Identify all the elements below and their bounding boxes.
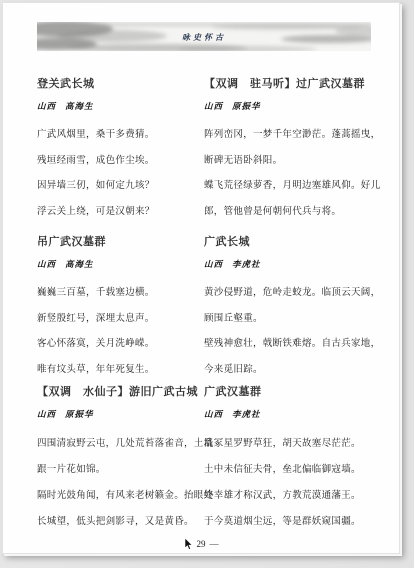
poem-block: 【双调 水仙子】游旧广武古城 山西原振华 四围清寂野云屯，几处荒苔落雀音，土墙 …: [37, 383, 204, 535]
poem-line: 巍巍三百墓，千载塞边横。: [37, 281, 204, 307]
poem-line: 今来觅旧踪。: [204, 358, 383, 384]
poem-title: 吊广武汉墓群: [37, 233, 204, 249]
poem-body: 广武风烟里，桑干多费猜。 残垣经雨雪，成色作尘埃。 因异墙三仞，如何定九垓？ 浮…: [37, 123, 204, 225]
poem-line: 终幸雄才称汉武，方教荒漠通藩王。: [204, 483, 383, 509]
author-name: 李虎社: [232, 409, 261, 419]
poem-line: 蝶飞荒径绿萝香，月明边塞雄风仰。好儿: [204, 174, 383, 200]
poem-line: 四围清寂野云屯，几处荒苔落雀音，土墙: [37, 431, 204, 457]
mouse-cursor-icon: [184, 538, 193, 550]
footer-dash: —: [210, 539, 219, 549]
author-name: 原振华: [232, 101, 261, 111]
poem-line: 长城望，低头把剑影寻，又是黄昏。: [37, 509, 204, 535]
author-name: 高海生: [65, 259, 94, 269]
poem-row-1: 登关武长城 山西高海生 广武风烟里，桑干多费猜。 残垣经雨雪，成色作尘埃。 因异…: [37, 75, 383, 225]
author-name: 高海生: [65, 101, 94, 111]
poem-line: 广武风烟里，桑干多费猜。: [37, 123, 204, 149]
poem-line: 于今莫道烟尘远，等是群妖窥国疆。: [204, 509, 383, 535]
poem-author: 山西原振华: [37, 408, 204, 420]
poem-author: 山西李虎社: [204, 258, 383, 270]
author-region: 山西: [204, 101, 223, 111]
poem-line: 客心怀落寞，关月洗峥嵘。: [37, 332, 204, 358]
section-title: 咏史怀古: [37, 32, 371, 43]
poem-title: 【双调 水仙子】游旧广武古城: [37, 383, 204, 399]
author-region: 山西: [37, 409, 56, 419]
poem-body: 乱冢星罗野草狂，胡天故塞尽茫茫。 土中未信征夫骨，垒北偏临御寇墙。 终幸雄才称汉…: [204, 431, 383, 535]
poem-line: 浮云关上绕，可是汉朝来？: [37, 200, 204, 226]
poem-line: 郎，管他曾是何朝何代兵与将。: [204, 200, 383, 226]
poem-block: 登关武长城 山西高海生 广武风烟里，桑干多费猜。 残垣经雨雪，成色作尘埃。 因异…: [37, 75, 204, 225]
poem-author: 山西原振华: [204, 100, 383, 112]
poem-line: 唯有坟头草，年年死复生。: [37, 358, 204, 384]
poem-title: 登关武长城: [37, 75, 204, 91]
poem-author: 山西高海生: [37, 100, 204, 112]
poem-author: 山西李虎社: [204, 408, 383, 420]
author-name: 李虎社: [232, 259, 261, 269]
page-number: 29: [197, 539, 206, 549]
poem-body: 四围清寂野云屯，几处荒苔落雀音，土墙 跟一片花如锦。 隔时光鼓角闻，有风来老树籁…: [37, 431, 204, 535]
page-footer: 29 —: [3, 538, 399, 550]
poem-block: 【双调 驻马听】过广武汉墓群 山西原振华 阵列峦冈，一梦千年空渺茫。蓬蒿摇曳， …: [204, 75, 383, 225]
poem-line: 新竖殷红号，深埋太息声。: [37, 307, 204, 333]
poem-row-2: 吊广武汉墓群 山西高海生 巍巍三百墓，千载塞边横。 新竖殷红号，深埋太息声。 客…: [37, 233, 383, 383]
poem-line: 土中未信征夫骨，垒北偏临御寇墙。: [204, 457, 383, 483]
poem-line: 残垣经雨雪，成色作尘埃。: [37, 149, 204, 175]
poem-body: 巍巍三百墓，千载塞边横。 新竖殷红号，深埋太息声。 客心怀落寞，关月洗峥嵘。 唯…: [37, 281, 204, 383]
poem-line: 跟一片花如锦。: [37, 457, 204, 483]
poem-title: 【双调 驻马听】过广武汉墓群: [204, 75, 383, 91]
author-region: 山西: [204, 409, 223, 419]
poem-line: 壁残神愈壮，戟断铁难熔。自古兵家地，: [204, 332, 383, 358]
poem-line: 顾围丘壑重。: [204, 307, 383, 333]
poem-line: 因异墙三仞，如何定九垓？: [37, 174, 204, 200]
book-page: 咏史怀古 登关武长城 山西高海生 广武风烟里，桑干多费猜。 残垣经雨雪，成色作尘…: [2, 2, 400, 554]
author-region: 山西: [37, 259, 56, 269]
poem-row-3: 【双调 水仙子】游旧广武古城 山西原振华 四围清寂野云屯，几处荒苔落雀音，土墙 …: [37, 383, 383, 535]
poem-body: 黄沙侵野道，危岭走蛟龙。临顶云天阔， 顾围丘壑重。 壁残神愈壮，戟断铁难熔。自古…: [204, 281, 383, 383]
poem-block: 吊广武汉墓群 山西高海生 巍巍三百墓，千载塞边横。 新竖殷红号，深埋太息声。 客…: [37, 233, 204, 383]
poem-line: 阵列峦冈，一梦千年空渺茫。蓬蒿摇曳，: [204, 123, 383, 149]
poem-line: 黄沙侵野道，危岭走蛟龙。临顶云天阔，: [204, 281, 383, 307]
poem-title: 广武长城: [204, 233, 383, 249]
poem-block: 广武长城 山西李虎社 黄沙侵野道，危岭走蛟龙。临顶云天阔， 顾围丘壑重。 壁残神…: [204, 233, 383, 383]
poem-body: 阵列峦冈，一梦千年空渺茫。蓬蒿摇曳， 断碑无语卧斜阳。 蝶飞荒径绿萝香，月明边塞…: [204, 123, 383, 225]
poem-line: 乱冢星罗野草狂，胡天故塞尽茫茫。: [204, 431, 383, 457]
viewer-background: { "header": { "section_title": "咏史怀古" },…: [0, 0, 414, 568]
author-region: 山西: [37, 101, 56, 111]
poem-block: 广武汉墓群 山西李虎社 乱冢星罗野草狂，胡天故塞尽茫茫。 土中未信征夫骨，垒北偏…: [204, 383, 383, 535]
author-name: 原振华: [65, 409, 94, 419]
poem-line: 断碑无语卧斜阳。: [204, 149, 383, 175]
author-region: 山西: [204, 259, 223, 269]
poem-title: 广武汉墓群: [204, 383, 383, 399]
poem-line: 隔时光鼓角闻，有风来老树籁金。抬眼处: [37, 483, 204, 509]
poem-author: 山西高海生: [37, 258, 204, 270]
header-ink-painting: 咏史怀古: [37, 22, 371, 51]
